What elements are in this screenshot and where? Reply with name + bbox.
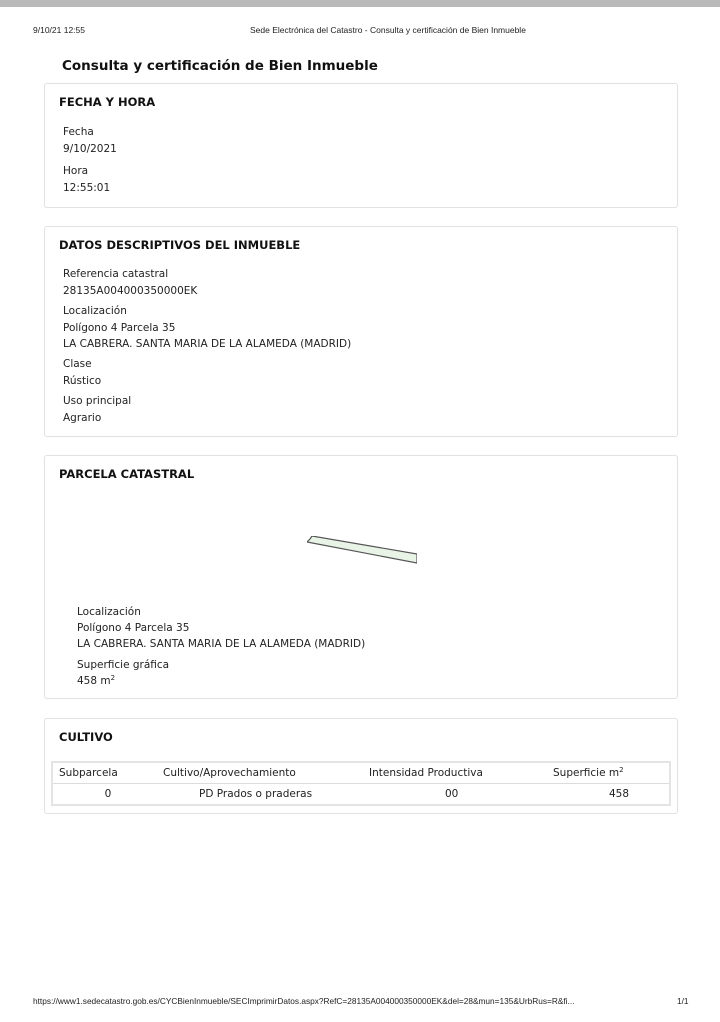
field-referencia-catastral: Referencia catastral 28135A004000350000E… [63, 266, 197, 299]
print-document-title: Sede Electrónica del Catastro - Consulta… [250, 25, 526, 35]
column-header-subparcela: Subparcela [52, 762, 163, 784]
column-header-text: Superficie m [553, 767, 619, 779]
field-label: Localización [77, 604, 365, 620]
column-header-superficie: Superficie m2 [553, 762, 670, 784]
field-hora: Hora 12:55:01 [63, 163, 110, 196]
cultivo-table: Subparcela Cultivo/Aprovechamiento Inten… [51, 761, 671, 806]
browser-top-bar [0, 0, 720, 7]
page-url: https://www1.sedecatastro.gob.es/CYCBien… [33, 996, 574, 1006]
field-localizacion: Localización Polígono 4 Parcela 35 LA CA… [63, 303, 351, 352]
field-uso-principal: Uso principal Agrario [63, 393, 131, 426]
field-label: Superficie gráfica [77, 657, 169, 673]
field-value-line1: Polígono 4 Parcela 35 [63, 320, 351, 336]
print-header: 9/10/21 12:55 Sede Electrónica del Catas… [0, 25, 720, 39]
field-clase: Clase Rústico [63, 356, 101, 389]
table-header-row: Subparcela Cultivo/Aprovechamiento Inten… [52, 762, 670, 784]
page-title: Consulta y certificación de Bien Inmuebl… [62, 58, 378, 74]
panel-heading: DATOS DESCRIPTIVOS DEL INMUEBLE [59, 238, 300, 252]
field-label: Clase [63, 356, 101, 372]
cell-intensidad: 00 [369, 784, 553, 806]
page-count: 1/1 [677, 996, 689, 1006]
field-superficie-grafica: Superficie gráfica 458 m2 [77, 657, 169, 689]
field-label: Uso principal [63, 393, 131, 409]
cell-cultivo: PD Prados o praderas [163, 784, 369, 806]
field-label: Localización [63, 303, 351, 319]
field-label: Fecha [63, 124, 117, 140]
print-datetime: 9/10/21 12:55 [33, 25, 85, 35]
unit-exponent: 2 [111, 674, 115, 682]
field-value: 12:55:01 [63, 180, 110, 196]
field-label: Hora [63, 163, 110, 179]
panel-fecha-hora: FECHA Y HORA Fecha 9/10/2021 Hora 12:55:… [44, 83, 678, 208]
field-value-line2: LA CABRERA. SANTA MARIA DE LA ALAMEDA (M… [77, 636, 365, 652]
panel-heading: PARCELA CATASTRAL [59, 467, 194, 481]
column-header-cultivo: Cultivo/Aprovechamiento [163, 762, 369, 784]
panel-cultivo: CULTIVO Subparcela Cultivo/Aprovechamien… [44, 718, 678, 814]
table-row: 0 PD Prados o praderas 00 458 [52, 784, 670, 806]
field-fecha: Fecha 9/10/2021 [63, 124, 117, 157]
panel-heading: FECHA Y HORA [59, 95, 155, 109]
field-value-line1: Polígono 4 Parcela 35 [77, 620, 365, 636]
column-header-intensidad: Intensidad Productiva [369, 762, 553, 784]
field-value: 28135A004000350000EK [63, 283, 197, 299]
superficie-value: 458 m [77, 675, 111, 687]
field-label: Referencia catastral [63, 266, 197, 282]
parcel-map [307, 536, 417, 566]
panel-parcela-catastral: PARCELA CATASTRAL Localización Polígono … [44, 455, 678, 699]
field-value: Agrario [63, 410, 131, 426]
cell-superficie: 458 [553, 784, 670, 806]
field-value-line2: LA CABRERA. SANTA MARIA DE LA ALAMEDA (M… [63, 336, 351, 352]
field-localizacion: Localización Polígono 4 Parcela 35 LA CA… [77, 604, 365, 652]
panel-heading: CULTIVO [59, 730, 113, 744]
parcel-shape [307, 536, 417, 563]
unit-exponent: 2 [619, 766, 623, 774]
field-value: Rústico [63, 373, 101, 389]
cell-subparcela: 0 [52, 784, 163, 806]
field-value: 458 m2 [77, 673, 169, 689]
panel-datos-descriptivos: DATOS DESCRIPTIVOS DEL INMUEBLE Referenc… [44, 226, 678, 437]
field-value: 9/10/2021 [63, 141, 117, 157]
